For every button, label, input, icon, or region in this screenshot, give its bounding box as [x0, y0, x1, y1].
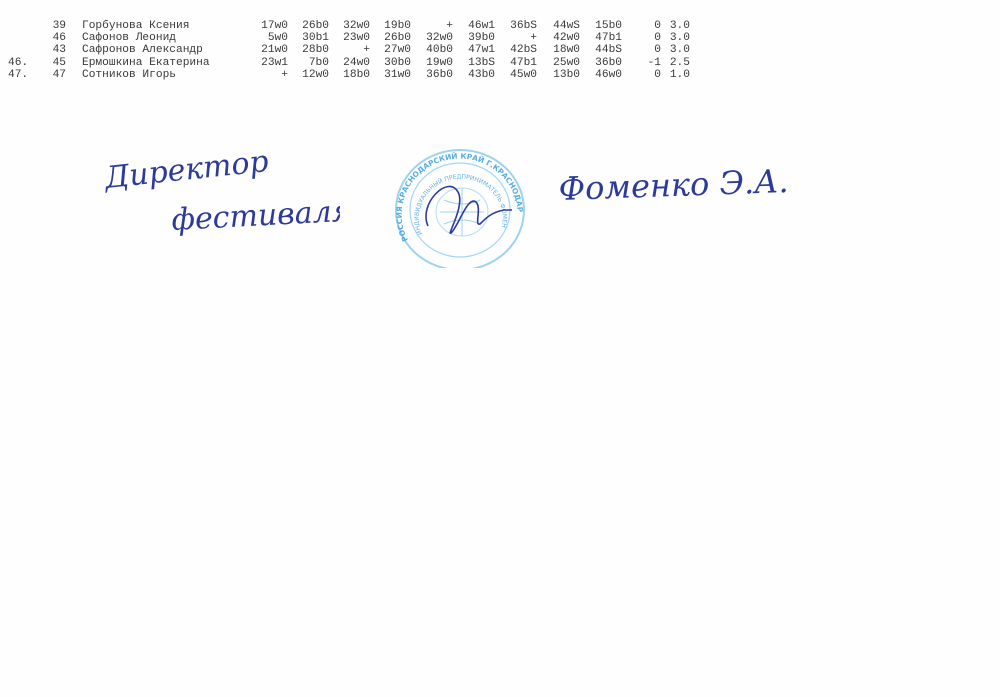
round-result-cell: 44bS: [582, 44, 622, 56]
round-result-cell: 42bS: [497, 44, 537, 56]
handwriting-signer-name: Фоменко Э.А.: [558, 162, 789, 208]
handwriting-line-1: Директор: [101, 150, 270, 196]
round-result-cell: 36b0: [582, 57, 622, 69]
round-result-cell: 18w0: [540, 44, 580, 56]
round-result-cell: 19b0: [371, 20, 411, 32]
player-name-cell: Сотников Игорь: [82, 69, 176, 81]
round-result-cell: 30b1: [289, 32, 329, 44]
tiebreak-cell: -1: [639, 57, 661, 69]
round-result-cell: 12w0: [289, 69, 329, 81]
player-number-cell: 45: [50, 57, 66, 69]
round-result-cell: 32w0: [413, 32, 453, 44]
round-result-cell: 13bS: [455, 57, 495, 69]
player-number-cell: 47: [50, 69, 66, 81]
round-result-cell: 36bS: [497, 20, 537, 32]
score-cell: 2.5: [668, 57, 690, 69]
round-result-cell: 40b0: [413, 44, 453, 56]
round-result-cell: 18b0: [330, 69, 370, 81]
player-number-cell: 43: [50, 44, 66, 56]
round-result-cell: 26b0: [289, 20, 329, 32]
round-result-cell: 28b0: [289, 44, 329, 56]
round-result-cell: 47b1: [497, 57, 537, 69]
round-result-cell: 31w0: [371, 69, 411, 81]
round-result-cell: 15b0: [582, 20, 622, 32]
player-name-cell: Горбунова Ксения: [82, 20, 189, 32]
round-result-cell: 32w0: [330, 20, 370, 32]
player-number-cell: 46: [50, 32, 66, 44]
player-name-cell: Сафронов Александр: [82, 44, 203, 56]
player-name-cell: Ермошкина Екатерина: [82, 57, 210, 69]
round-result-cell: 21w0: [248, 44, 288, 56]
player-name-cell: Сафонов Леонид: [82, 32, 176, 44]
round-result-cell: 23w0: [330, 32, 370, 44]
round-result-cell: 39b0: [455, 32, 495, 44]
round-result-cell: 36b0: [413, 69, 453, 81]
score-cell: 1.0: [668, 69, 690, 81]
round-result-cell: 46w1: [455, 20, 495, 32]
round-result-cell: 23w1: [248, 57, 288, 69]
round-result-cell: 42w0: [540, 32, 580, 44]
official-stamp: РОССИЯ КРАСНОДАРСКИЙ КРАЙ Г.КРАСНОДАР ИН…: [388, 144, 528, 268]
tiebreak-cell: 0: [639, 20, 661, 32]
round-result-cell: 25w0: [540, 57, 580, 69]
round-result-cell: 26b0: [371, 32, 411, 44]
player-number-cell: 39: [50, 20, 66, 32]
place-cell: 47.: [8, 69, 38, 81]
score-cell: 3.0: [668, 20, 690, 32]
round-result-cell: 24w0: [330, 57, 370, 69]
handwriting-name: Фоменко Э.А.: [555, 160, 835, 220]
tiebreak-cell: 0: [639, 69, 661, 81]
tiebreak-cell: 0: [639, 32, 661, 44]
round-result-cell: 45w0: [497, 69, 537, 81]
round-result-cell: +: [248, 69, 288, 81]
round-result-cell: 13b0: [540, 69, 580, 81]
handwriting-director-of-festival: Директор фестиваля: [100, 150, 340, 245]
round-result-cell: 7b0: [289, 57, 329, 69]
handwriting-line-2: фестиваля: [171, 194, 340, 238]
round-result-cell: 17w0: [248, 20, 288, 32]
round-result-cell: 44wS: [540, 20, 580, 32]
round-result-cell: 19w0: [413, 57, 453, 69]
scanned-page: 39Горбунова Ксения17w026b032w019b0+46w13…: [0, 0, 1000, 697]
round-result-cell: 47b1: [582, 32, 622, 44]
round-result-cell: 43b0: [455, 69, 495, 81]
round-result-cell: +: [413, 20, 453, 32]
round-result-cell: 47w1: [455, 44, 495, 56]
round-result-cell: +: [330, 44, 370, 56]
round-result-cell: +: [497, 32, 537, 44]
score-cell: 3.0: [668, 32, 690, 44]
score-cell: 3.0: [668, 44, 690, 56]
round-result-cell: 5w0: [248, 32, 288, 44]
place-cell: 46.: [8, 57, 38, 69]
round-result-cell: 27w0: [371, 44, 411, 56]
round-result-cell: 46w0: [582, 69, 622, 81]
tiebreak-cell: 0: [639, 44, 661, 56]
round-result-cell: 30b0: [371, 57, 411, 69]
